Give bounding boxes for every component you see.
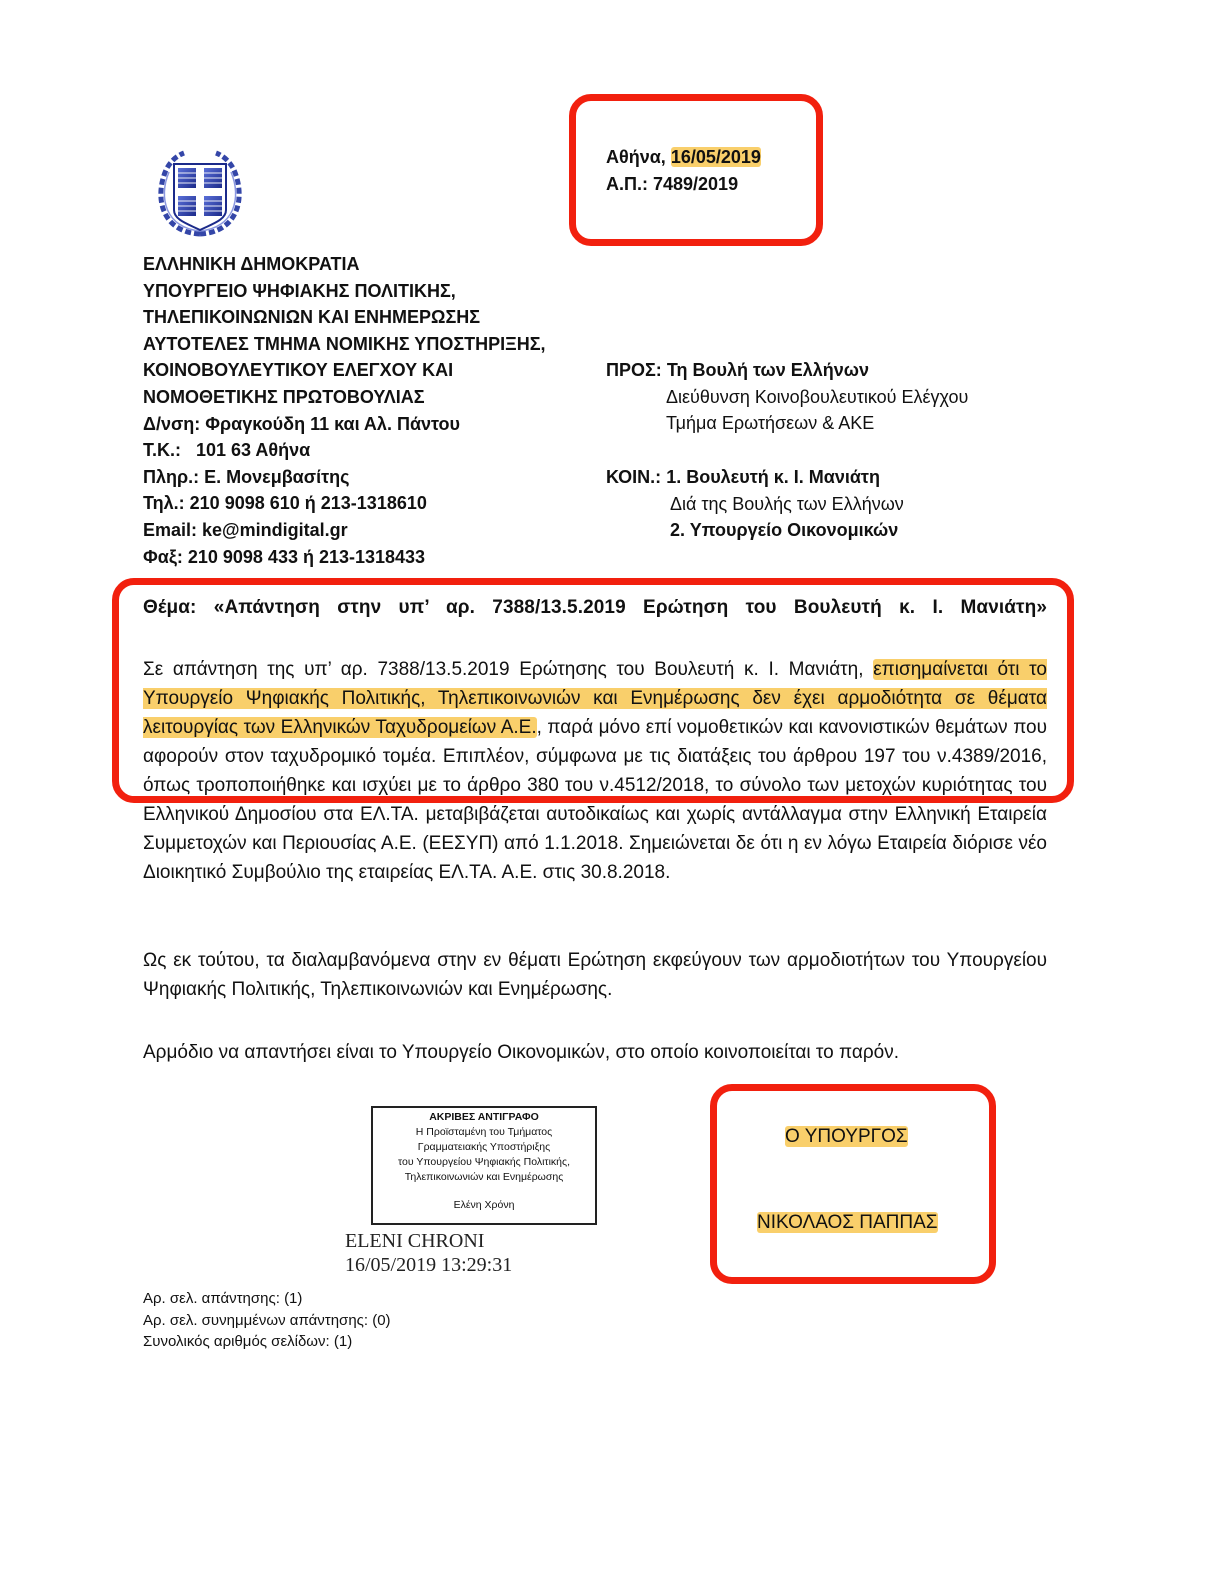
subject-line: Θέμα: «Απάντηση στην υπ’ αρ. 7388/13.5.2… [143,597,1047,619]
sender-line: ΥΠΟΥΡΓΕΙΟ ΨΗΦΙΑΚΗΣ ΠΟΛΙΤΙΚΗΣ, [143,278,546,305]
recipient-block: ΠΡΟΣ: Τη Βουλή των Ελλήνων Διεύθυνση Κοι… [606,357,968,437]
minister-name-text: ΝΙΚΟΛΑΟΣ ΠΑΠΠΑΣ [757,1212,938,1233]
stamp-signatory: Ελένη Χρόνη [373,1198,595,1213]
stamp-line: του Υπουργείου Ψηφιακής Πολιτικής, [373,1155,595,1170]
red-annotation-box-minister [710,1084,996,1284]
date-line: Αθήνα, 16/05/2019 [606,144,761,171]
paragraph-1-rest: , παρά μόνο επί νομοθετικών και κανονιστ… [143,717,1047,883]
document-date: 16/05/2019 [671,147,761,167]
cc-item-1: ΚΟΙΝ.: 1. Βουλευτή κ. Ι. Μανιάτη [606,464,904,491]
page-counts: Αρ. σελ. απάντησης: (1) Αρ. σελ. συνημμέ… [143,1288,391,1353]
digital-signature-timestamp: 16/05/2019 13:29:31 [345,1254,512,1276]
sender-fax: Φαξ: 210 9098 433 ή 213-1318433 [143,544,546,571]
sender-line: ΑΥΤΟΤΕΛΕΣ ΤΜΗΜΑ ΝΟΜΙΚΗΣ ΥΠΟΣΤΗΡΙΞΗΣ, [143,331,546,358]
cc-item-2: 2. Υπουργείο Οικονομικών [606,517,904,544]
stamp-title: ΑΚΡΙΒΕΣ ΑΝΤΙΓΡΑΦΟ [373,1110,595,1125]
sender-line: ΝΟΜΟΘΕΤΙΚΗΣ ΠΡΩΤΟΒΟΥΛΙΑΣ [143,384,546,411]
stamp-line: Γραμματειακής Υποστήριξης [373,1140,595,1155]
paragraph-1: Σε απάντηση της υπ’ αρ. 7388/13.5.2019 Ε… [143,655,1047,887]
total-page-count: Συνολικός αριθμός σελίδων: (1) [143,1331,391,1353]
protocol-number: Α.Π.: 7489/2019 [606,171,761,198]
sender-header: ΕΛΛΗΝΙΚΗ ΔΗΜΟΚΡΑΤΙΑ ΥΠΟΥΡΓΕΙΟ ΨΗΦΙΑΚΗΣ Π… [143,251,546,570]
stamp-line: Τηλεπικοινωνιών και Ενημέρωσης [373,1170,595,1185]
recipient-main: ΠΡΟΣ: Τη Βουλή των Ελλήνων [606,357,968,384]
sender-line: ΤΗΛΕΠΙΚΟΙΝΩΝΙΩΝ ΚΑΙ ΕΝΗΜΕΡΩΣΗΣ [143,304,546,331]
sender-contact-person: Πληρ.: Ε. Μονεμβασίτης [143,464,546,491]
sender-postal-code: Τ.Κ.: 101 63 Αθήνα [143,437,546,464]
paragraph-1-intro: Σε απάντηση της υπ’ αρ. 7388/13.5.2019 Ε… [143,659,864,680]
minister-title: Ο ΥΠΟΥΡΓΟΣ [785,1126,908,1148]
reply-page-count: Αρ. σελ. απάντησης: (1) [143,1288,391,1310]
attachment-page-count: Αρ. σελ. συνημμένων απάντησης: (0) [143,1310,391,1332]
recipient-label: ΠΡΟΣ: [606,360,662,380]
stamp-line: Η Προϊσταμένη του Τμήματος [373,1125,595,1140]
place-label: Αθήνα, [606,147,666,167]
cc-item-1-via: Διά της Βουλής των Ελλήνων [606,491,904,518]
emblem-icon [150,148,250,240]
paragraph-3: Αρμόδιο να απαντήσει είναι το Υπουργείο … [143,1038,1047,1067]
cc-item-1-name: 1. Βουλευτή κ. Ι. Μανιάτη [666,467,880,487]
cc-block: ΚΟΙΝ.: 1. Βουλευτή κ. Ι. Μανιάτη Διά της… [606,464,904,544]
greek-coat-of-arms-emblem [150,148,250,240]
certified-copy-stamp: ΑΚΡΙΒΕΣ ΑΝΤΙΓΡΑΦΟ Η Προϊσταμένη του Τμήμ… [371,1106,597,1225]
minister-title-text: Ο ΥΠΟΥΡΓΟΣ [785,1126,908,1147]
digital-signature-name: ELENI CHRONI [345,1230,484,1252]
recipient-directorate: Διεύθυνση Κοινοβουλευτικού Ελέγχου [606,384,968,411]
recipient-department: Τμήμα Ερωτήσεων & ΑΚΕ [606,410,968,437]
sender-address: Δ/νση: Φραγκούδη 11 και Αλ. Πάντου [143,411,546,438]
sender-email: Email: ke@mindigital.gr [143,517,546,544]
sender-line: ΚΟΙΝΟΒΟΥΛΕΥΤΙΚΟΥ ΕΛΕΓΧΟΥ ΚΑΙ [143,357,546,384]
minister-name: ΝΙΚΟΛΑΟΣ ΠΑΠΠΑΣ [757,1212,938,1234]
sender-phone: Τηλ.: 210 9098 610 ή 213-1318610 [143,490,546,517]
recipient-name: Τη Βουλή των Ελλήνων [667,360,869,380]
sender-line: ΕΛΛΗΝΙΚΗ ΔΗΜΟΚΡΑΤΙΑ [143,251,546,278]
date-protocol-block: Αθήνα, 16/05/2019 Α.Π.: 7489/2019 [606,144,761,197]
cc-label: ΚΟΙΝ.: [606,467,661,487]
paragraph-2: Ως εκ τούτου, τα διαλαμβανόμενα στην εν … [143,946,1047,1004]
